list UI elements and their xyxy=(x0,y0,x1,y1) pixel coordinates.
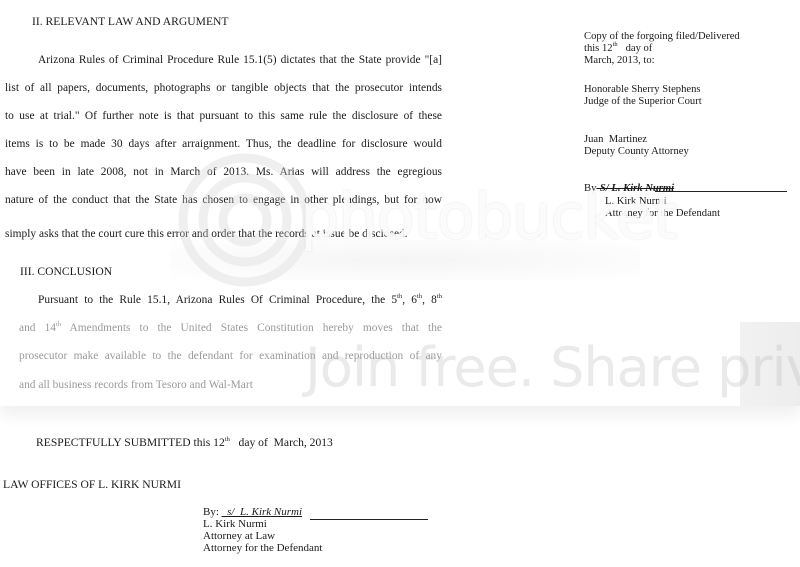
paragraph-line: Pursuant to the Rule 15.1, Arizona Rules… xyxy=(38,294,442,306)
paragraph-line: simply asks that the court cure this err… xyxy=(5,228,408,240)
electronic-signature: _s/ L. Kirk Nurmi xyxy=(222,506,302,518)
paragraph-line: have been in late 2008, not in March of … xyxy=(5,166,442,178)
paragraph-line: items is to be made 30 days after arraig… xyxy=(5,138,442,150)
watermark-band-edge xyxy=(740,322,800,406)
paragraph-line: list of all papers, documents, photograp… xyxy=(5,82,442,94)
watermark-tagline: Join free. Share privately. xyxy=(305,336,800,399)
paragraph-line: prosecutor make available to the defenda… xyxy=(19,350,442,362)
electronic-signature: -S/ L. Kirk Nurmi xyxy=(596,183,674,194)
service-line: March, 2013, to: xyxy=(584,55,655,67)
watermark-band xyxy=(0,322,800,406)
law-office-name: LAW OFFICES OF L. KIRK NURMI xyxy=(3,478,181,491)
signature-line xyxy=(310,519,428,520)
paragraph-line: and all business records from Tesoro and… xyxy=(19,379,253,391)
paragraph-line: and 14th Amendments to the United States… xyxy=(19,322,442,334)
recipient-title: Judge of the Superior Court xyxy=(584,96,702,108)
paragraph-line: Arizona Rules of Criminal Procedure Rule… xyxy=(38,54,442,66)
signature-line xyxy=(655,191,787,192)
recipient-title: Deputy County Attorney xyxy=(584,146,689,158)
signer-name: L. Kirk Nurmi xyxy=(605,196,667,208)
paragraph-line: nature of the conduct that the State has… xyxy=(5,194,442,206)
service-line: Copy of the forgoing filed/Delivered xyxy=(584,31,740,43)
signer-name: L. Kirk Nurmi xyxy=(203,519,267,531)
by-label: By: xyxy=(203,506,222,518)
watermark-glow xyxy=(170,240,640,280)
paragraph-line: to use at trial." Of further note is tha… xyxy=(5,110,442,122)
recipient-name: Honorable Sherry Stephens xyxy=(584,84,701,96)
signer-title: Attorney for the Defendant xyxy=(203,543,322,555)
respectfully-submitted-line: RESPECTFULLY SUBMITTED this 12th day of … xyxy=(36,436,333,449)
section-heading-relevant-law: II. RELEVANT LAW AND ARGUMENT xyxy=(32,15,228,28)
section-heading-conclusion: III. CONCLUSION xyxy=(20,265,112,278)
recipient-name: Juan Martinez xyxy=(584,134,647,146)
signer-title: Attorney for the Defendant xyxy=(605,208,720,220)
signer-title: Attorney at Law xyxy=(203,531,275,543)
by-label: By xyxy=(584,183,596,194)
service-line: this 12th day of xyxy=(584,43,652,55)
